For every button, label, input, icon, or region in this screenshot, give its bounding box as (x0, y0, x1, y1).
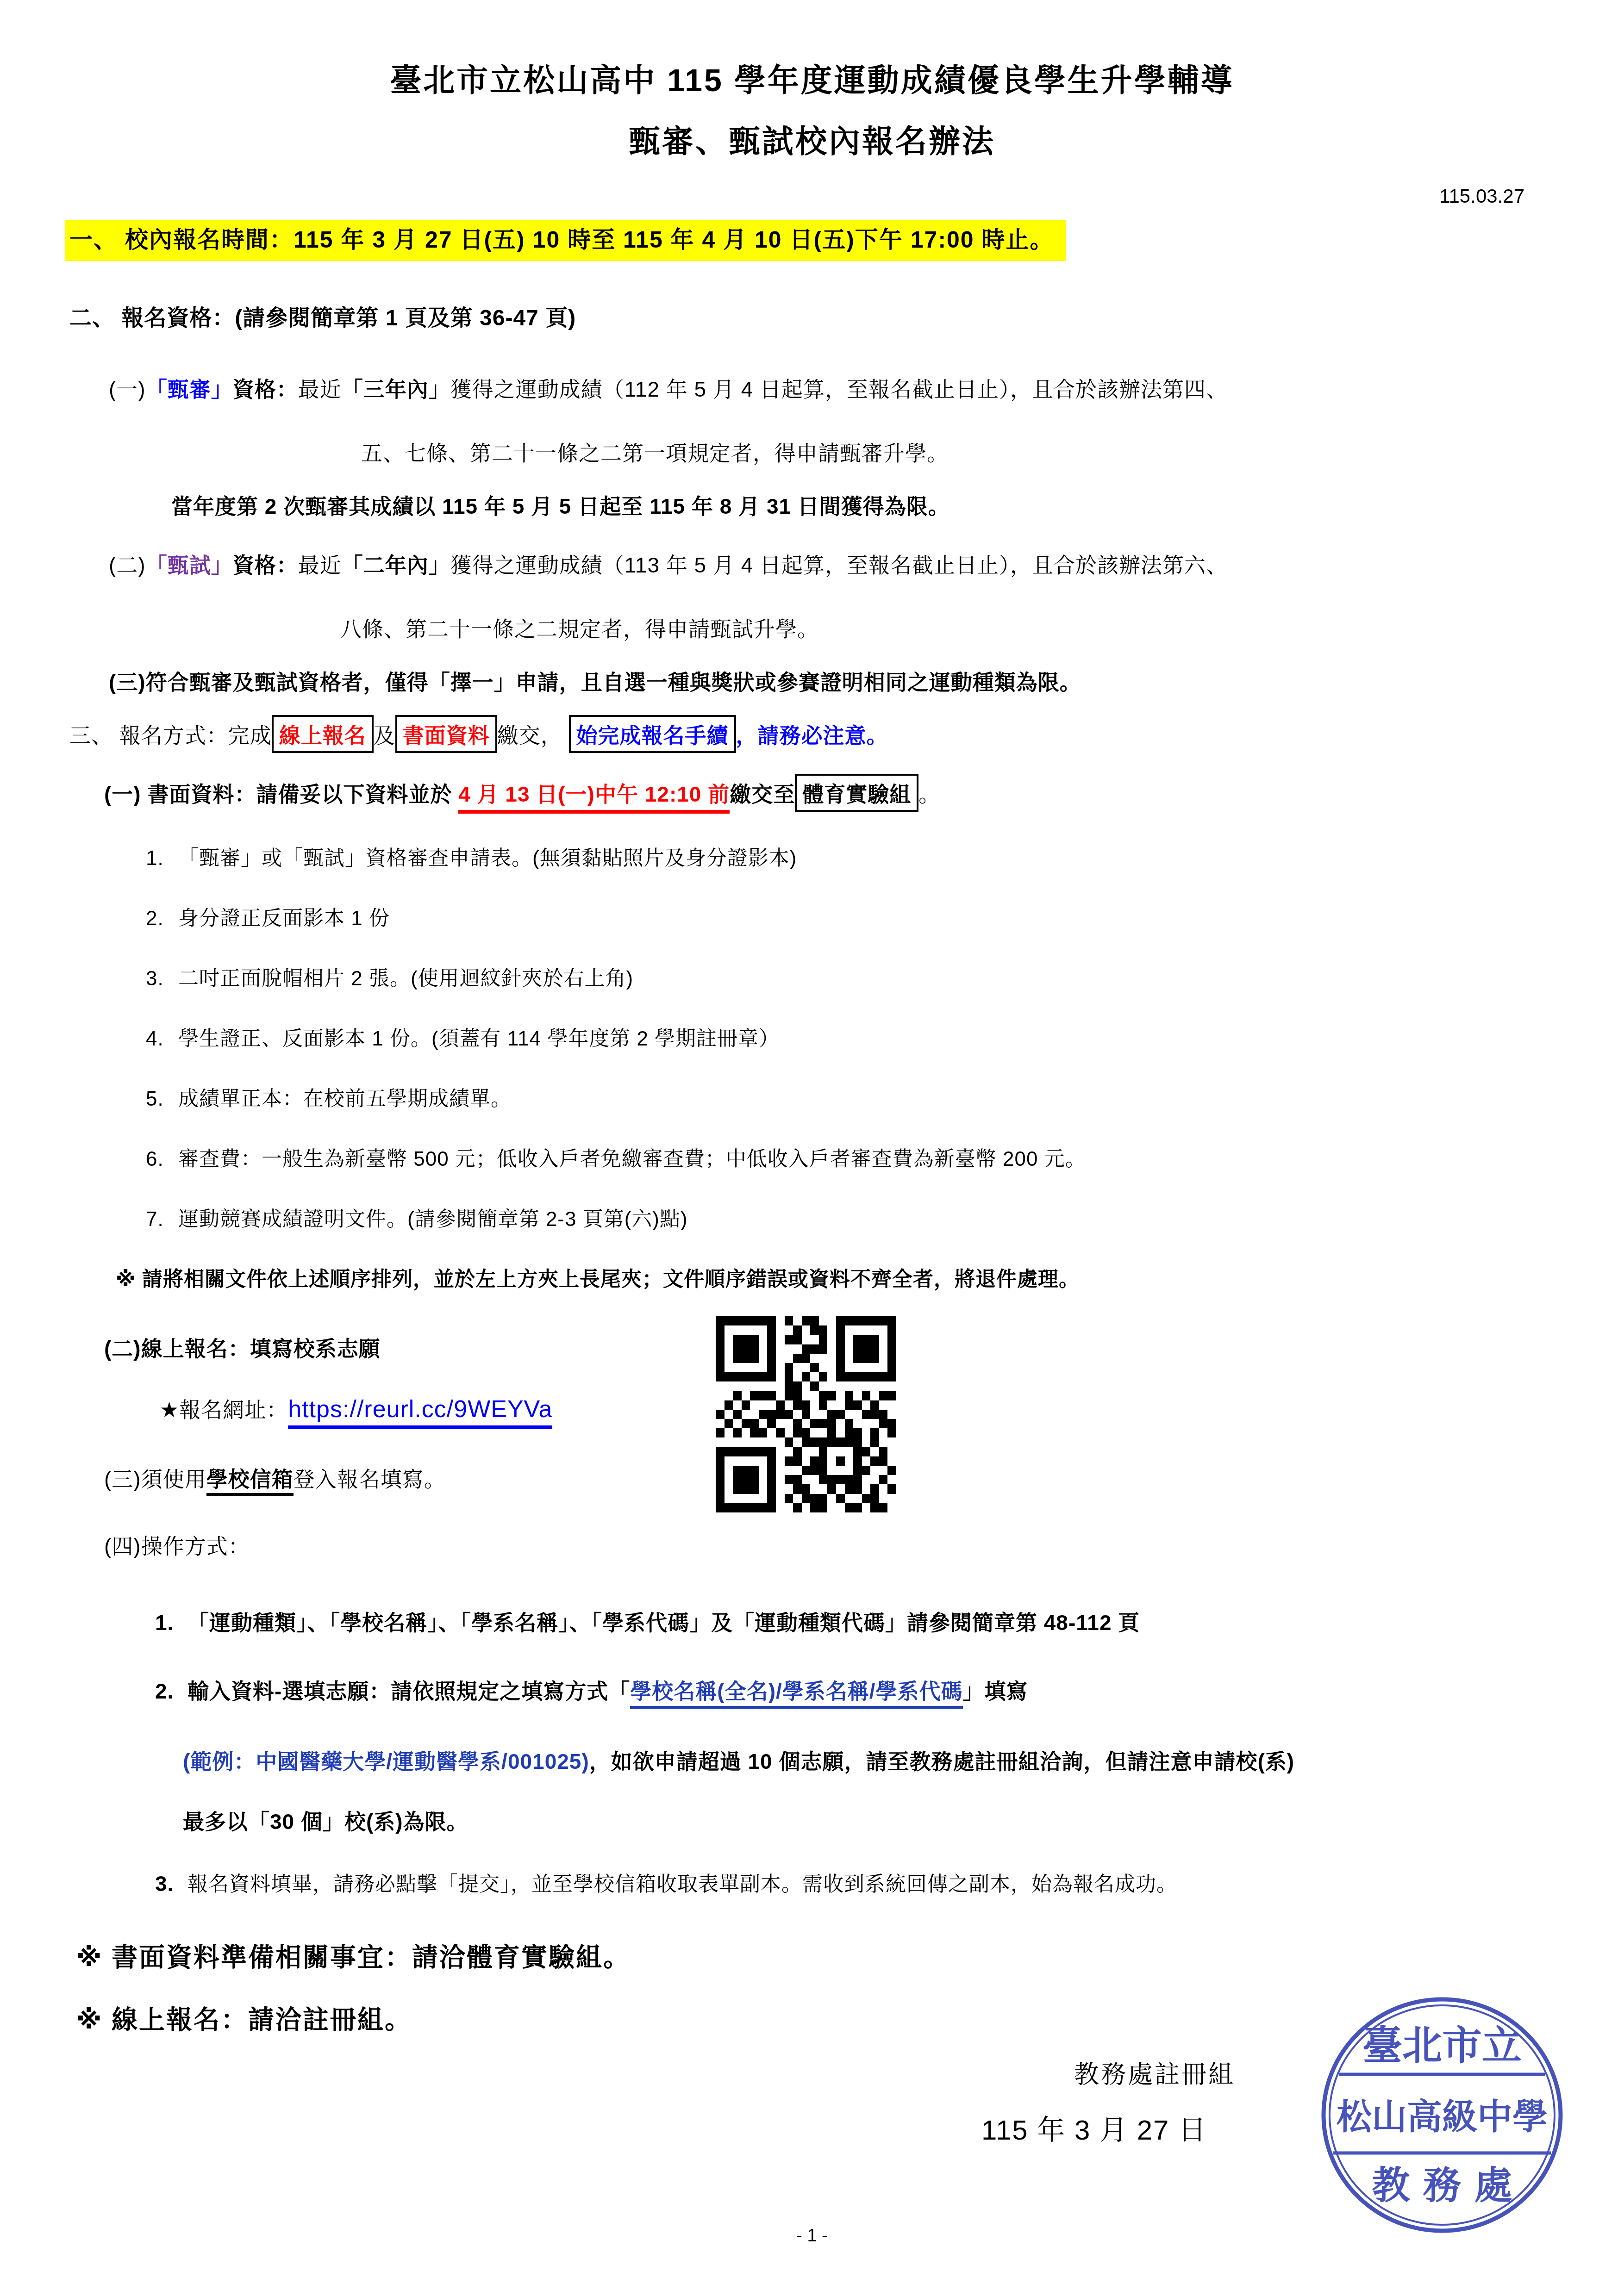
heading-text: 及 (374, 723, 395, 747)
document-page: 臺北市立松山高中 115 學年度運動成績優良學生升學輔導 甄審、甄試校內報名辦法… (0, 0, 1624, 2296)
sports-lab-office-box: 體育實驗組 (795, 774, 918, 812)
item-prefix: (二) (109, 553, 146, 577)
online-registration-heading: (二)線上報名：填寫校系志願 (104, 1332, 381, 1363)
registration-url-link[interactable]: https://reurl.cc/9WEYVa (288, 1396, 552, 1429)
paper-pre: (一) 書面資料：請備妥以下資料並於 (104, 782, 458, 806)
paper-tail: 。 (918, 782, 940, 806)
step-2: 2.輸入資料-選填志願：請依照規定之填寫方式「學校名稱(全名)/學系名稱/學系代… (155, 1674, 1028, 1705)
paper-documents-box: 書面資料 (395, 715, 497, 753)
document-order-note: ※ 請將相關文件依上述順序排列，並於左上方夾上長尾夾；文件順序錯誤或資料不齊全者… (116, 1263, 1080, 1292)
item-text: 學生證正、反面影本 1 份。(須蓋有 114 學年度第 2 學期註冊章） (178, 1027, 780, 1050)
item-text: 最近 (298, 377, 342, 401)
heading-text-blue: ，請務必注意。 (736, 723, 888, 747)
stamp-text-line3: 教 務 處 (1372, 2163, 1512, 2208)
paper-item-3: 3.二吋正面脫帽相片 2 張。(使用迴紋針夾於右上角) (146, 962, 633, 991)
choose-one-rule: (三)符合甄審及甄試資格者，僅得「擇一」申請，且自選一種與獎狀或參賽證明相同之運… (109, 666, 1081, 696)
item-text-bold: 「三年內」 (342, 377, 450, 401)
screening-eligibility-line2: 五、七條、第二十一條之二第一項規定者，得申請甄審升學。 (361, 436, 949, 467)
format-emphasis: 學校名稱(全名)/學系名稱/學系代碼 (630, 1679, 962, 1709)
item-text: 獲得之運動成績（113 年 5 月 4 日起算，至報名截止日止），且合於該辦法第… (450, 553, 1228, 577)
item-number: 3. (146, 967, 178, 990)
screening-eligibility-line1: (一)「甄審」資格：最近「三年內」獲得之運動成績（112 年 5 月 4 日起算… (109, 373, 1228, 403)
contact-note-paper: ※ 書面資料準備相關事宜：請洽體育實驗組。 (76, 1937, 631, 1974)
trial-term: 「甄試」 (146, 553, 233, 577)
school-office-stamp: 臺北市立 松山高級中學 教 務 處 (1317, 1990, 1567, 2240)
paper-item-7: 7.運動競賽成績證明文件。(請參閱簡章第 2-3 頁第(六)點) (146, 1202, 688, 1232)
item-number: 4. (146, 1027, 178, 1051)
screening-term: 「甄審」 (146, 377, 233, 401)
item-text: 「甄審」或「甄試」資格審查申請表。(無須黏貼照片及身分證影本) (178, 847, 797, 870)
stamp-text-line2: 松山高級中學 (1337, 2096, 1548, 2137)
step-2-example-line: (範例：中國醫藥大學/運動醫學系/001025)，如欲申請超過 10 個志願，請… (183, 1745, 1294, 1775)
signoff-unit: 教務處註冊組 (1074, 2055, 1235, 2091)
stamp-text-line1: 臺北市立 (1362, 2022, 1522, 2069)
page-number: - 1 - (0, 2226, 1624, 2246)
paper-item-1: 1.「甄審」或「甄試」資格審查申請表。(無須黏貼照片及身分證影本) (146, 841, 797, 871)
registration-url-line: ★報名網址：https://reurl.cc/9WEYVa (160, 1393, 552, 1424)
item-text: 審查費：一般生為新臺幣 500 元；低收入戶者免繳審查費；中低收入戶者審查費為新… (178, 1148, 1086, 1170)
trial-eligibility-line1: (二)「甄試」資格：最近「二年內」獲得之運動成績（113 年 5 月 4 日起算… (109, 548, 1228, 579)
section2-heading: 二、 報名資格：(請參閱簡章第 1 頁及第 36-47 頁) (69, 300, 576, 332)
paper-item-4: 4.學生證正、反面影本 1 份。(須蓋有 114 學年度第 2 學期註冊章） (146, 1022, 780, 1052)
contact-note-online: ※ 線上報名：請洽註冊組。 (76, 1999, 412, 2036)
item-text: 最近 (298, 553, 342, 577)
step-number: 2. (155, 1679, 187, 1704)
item-number: 1. (146, 847, 178, 870)
paper-item-6: 6.審查費：一般生為新臺幣 500 元；低收入戶者免繳審查費；中低收入戶者審查費… (146, 1142, 1086, 1172)
example-text: (範例：中國醫藥大學/運動醫學系/001025) (183, 1749, 589, 1773)
heading-text: 繳交， (497, 723, 562, 747)
url-label: ★報名網址： (160, 1398, 288, 1422)
item-text-bold: 「二年內」 (342, 553, 450, 577)
step-2-limit-line: 最多以「30 個」校(系)為限。 (183, 1805, 468, 1836)
doc-date: 115.03.27 (1439, 185, 1524, 207)
complete-procedure-box: 始完成報名手續 (569, 715, 736, 753)
item-number: 7. (146, 1208, 178, 1231)
signoff-date: 115 年 3 月 27 日 (981, 2108, 1207, 2148)
deadline-text: 4 月 13 日(一)中午 12:10 前 (458, 782, 730, 814)
item-text: 身分證正反面影本 1 份 (178, 907, 390, 930)
paper-documents-deadline: (一) 書面資料：請備妥以下資料並於 4 月 13 日(一)中午 12:10 前… (104, 774, 940, 812)
page-title-line2: 甄審、甄試校內報名辦法 (0, 117, 1624, 162)
step-text: 輸入資料-選填志願：請依照規定之填寫方式「 (187, 1679, 630, 1703)
step-number: 3. (155, 1871, 187, 1896)
section3-heading: 三、 報名方式：完成線上報名及書面資料繳交， 始完成報名手續，請務必注意。 (69, 715, 888, 753)
trial-eligibility-line2: 八條、第二十一條之二規定者，得申請甄試升學。 (340, 612, 819, 643)
item-text: 成績單正本：在校前五學期成績單。 (178, 1088, 512, 1110)
heading-text: 三、 報名方式：完成 (69, 723, 272, 747)
mailbox-tail: 登入報名填寫。 (294, 1467, 446, 1491)
step-1: 1.「運動種類」、「學校名稱」、「學系名稱」、「學系代碼」及「運動種類代碼」請參… (155, 1606, 1140, 1636)
item-text: 二吋正面脫帽相片 2 張。(使用迴紋針夾於右上角) (178, 967, 633, 990)
online-registration-box: 線上報名 (272, 715, 374, 753)
registration-window-highlight: 一、 校內報名時間：115 年 3 月 27 日(五) 10 時至 115 年 … (65, 220, 1066, 261)
mailbox-pre: (三)須使用 (104, 1467, 206, 1491)
item-text: 運動競賽成績證明文件。(請參閱簡章第 2-3 頁第(六)點) (178, 1208, 688, 1231)
step-number: 1. (155, 1610, 187, 1635)
item-label: 資格： (233, 377, 298, 401)
item-text: 獲得之運動成績（112 年 5 月 4 日起算，至報名截止日止），且合於該辦法第… (450, 377, 1228, 401)
paper-item-5: 5.成績單正本：在校前五學期成績單。 (146, 1082, 512, 1112)
item-label: 資格： (233, 553, 298, 577)
step-text: 」填寫 (963, 1679, 1028, 1703)
item-prefix: (一) (109, 377, 146, 401)
screening-eligibility-line3: 當年度第 2 次甄審其成績以 115 年 5 月 5 日起至 115 年 8 月… (171, 490, 950, 520)
item-number: 6. (146, 1148, 178, 1171)
page-title-line1: 臺北市立松山高中 115 學年度運動成績優良學生升學輔導 (0, 56, 1624, 100)
mailbox-emphasis: 學校信箱 (206, 1467, 294, 1496)
step-text: ，如欲申請超過 10 個志願，請至教務處註冊組洽詢，但請注意申請校(系) (589, 1749, 1294, 1773)
school-mailbox-rule: (三)須使用學校信箱登入報名填寫。 (104, 1462, 446, 1493)
operation-steps-heading: (四)操作方式： (104, 1530, 250, 1560)
paper-item-2: 2.身分證正反面影本 1 份 (146, 902, 390, 931)
item-number: 2. (146, 907, 178, 930)
paper-mid: 繳交至 (730, 782, 795, 806)
step-text: 報名資料填畢，請務必點擊「提交」，並至學校信箱收取表單副本。需收到系統回傳之副本… (187, 1873, 1177, 1896)
step-text: 「運動種類」、「學校名稱」、「學系名稱」、「學系代碼」及「運動種類代碼」請參閱簡… (187, 1611, 1140, 1635)
registration-qr-code (716, 1316, 896, 1512)
item-number: 5. (146, 1088, 178, 1111)
step-3: 3.報名資料填畢，請務必點擊「提交」，並至學校信箱收取表單副本。需收到系統回傳之… (155, 1867, 1177, 1897)
